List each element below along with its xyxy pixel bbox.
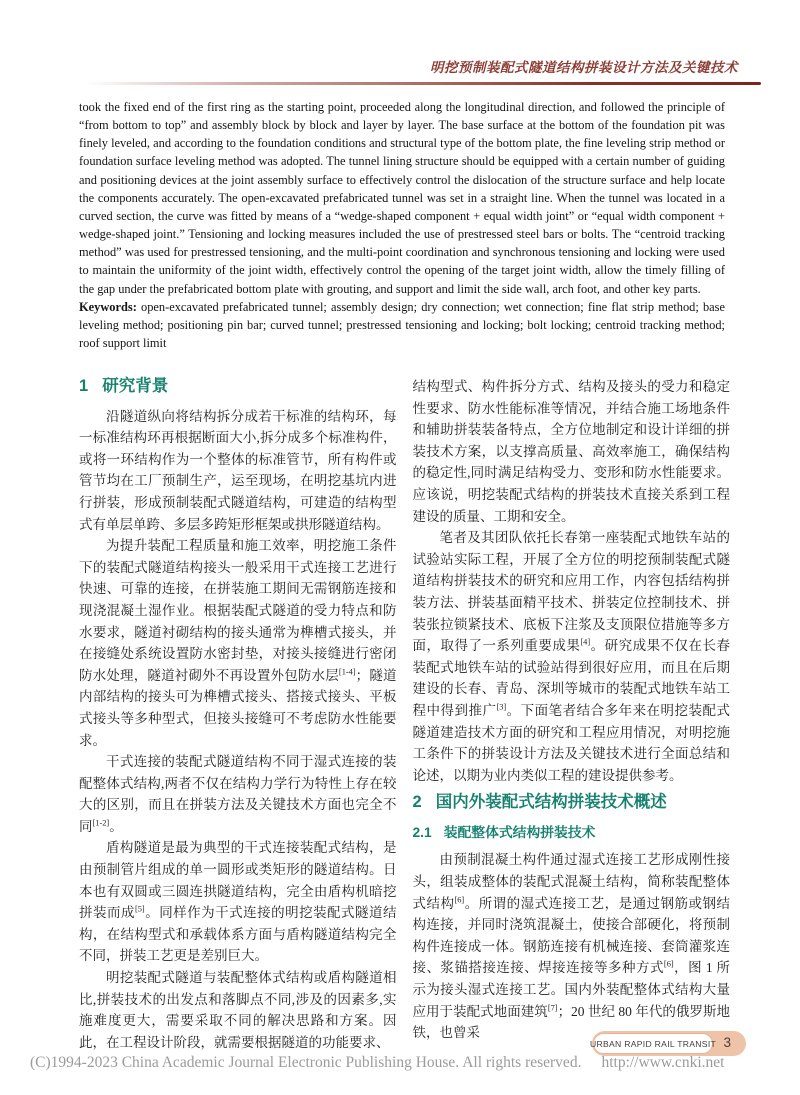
section-2-1-title: 装配整体式结构拼装技术: [444, 825, 596, 840]
section-1-title: 研究背景: [102, 377, 168, 395]
paper-page: 明挖预制装配式隧道结构拼装设计方法及关键技术 took the fixed en…: [0, 0, 800, 1095]
paragraph: 由预制混凝土构件通过湿式连接工艺形成刚性接头，组装成整体的装配式混凝土结构，简称…: [413, 849, 731, 1043]
copyright-line: (C)1994-2023 China Academic Journal Elec…: [30, 1054, 770, 1072]
keywords-label: Keywords:: [79, 300, 137, 314]
journal-name: URBAN RAPID RAIL TRANSIT: [590, 1039, 716, 1049]
section-1-heading: 1研究背景: [79, 376, 397, 398]
section-2-number: 2: [413, 793, 422, 811]
section-2-heading: 2国内外装配式结构拼装技术概述: [413, 792, 731, 814]
keywords-line: Keywords: open-excavated prefabricated t…: [79, 298, 725, 352]
abstract-text: took the fixed end of the first ring as …: [79, 98, 725, 298]
right-column: 结构型式、构件拆分方式、结构及接头的受力和稳定性要求、防水性能标准等情况，并结合…: [413, 376, 731, 1053]
journal-badge: URBAN RAPID RAIL TRANSIT 3: [592, 1031, 746, 1056]
section-2-1-number: 2.1: [413, 825, 432, 840]
section-2-title: 国内外装配式结构拼装技术概述: [436, 793, 667, 811]
paragraph: 为提升装配工程质量和施工效率，明挖施工条件下的装配式隧道结构接头一般采用干式连接…: [79, 535, 397, 751]
copyright-text: (C)1994-2023 China Academic Journal Elec…: [30, 1054, 581, 1071]
paragraph: 结构型式、构件拆分方式、结构及接头的受力和稳定性要求、防水性能标准等情况，并结合…: [413, 376, 731, 527]
paragraph: 盾构隧道是最为典型的干式连接装配式结构，是由预制管片组成的单一圆形或类矩形的隧道…: [79, 837, 397, 967]
paragraph: 明挖装配式隧道与装配整体式结构或盾构隧道相比,拼装技术的出发点和落脚点不同,涉及…: [79, 967, 397, 1053]
header-rule: [85, 82, 761, 85]
abstract-block: took the fixed end of the first ring as …: [79, 98, 725, 352]
paragraph: 干式连接的装配式隧道结构不同于湿式连接的装配整体式结构,两者不仅在结构力学行为特…: [79, 751, 397, 837]
keywords-text: open-excavated prefabricated tunnel; ass…: [79, 300, 725, 350]
running-title: 明挖预制装配式隧道结构拼装设计方法及关键技术: [430, 56, 738, 76]
cnki-url-link[interactable]: http://www.cnki.net: [601, 1054, 724, 1071]
body-columns: 1研究背景 沿隧道纵向将结构拆分成若干标准的结构环，每一标准结构环再根据断面大小…: [79, 376, 730, 1053]
journal-badge-label-pill: URBAN RAPID RAIL TRANSIT: [593, 1033, 713, 1054]
paragraph: 笔者及其团队依托长春第一座装配式地铁车站的试验站实际工程，开展了全方位的明挖预制…: [413, 527, 731, 786]
left-column: 1研究背景 沿隧道纵向将结构拆分成若干标准的结构环，每一标准结构环再根据断面大小…: [79, 376, 397, 1053]
section-1-number: 1: [79, 377, 88, 395]
section-2-1-heading: 2.1装配整体式结构拼装技术: [413, 822, 731, 844]
page-number: 3: [723, 1035, 731, 1050]
paragraph: 沿隧道纵向将结构拆分成若干标准的结构环，每一标准结构环再根据断面大小,拆分成多个…: [79, 406, 397, 536]
